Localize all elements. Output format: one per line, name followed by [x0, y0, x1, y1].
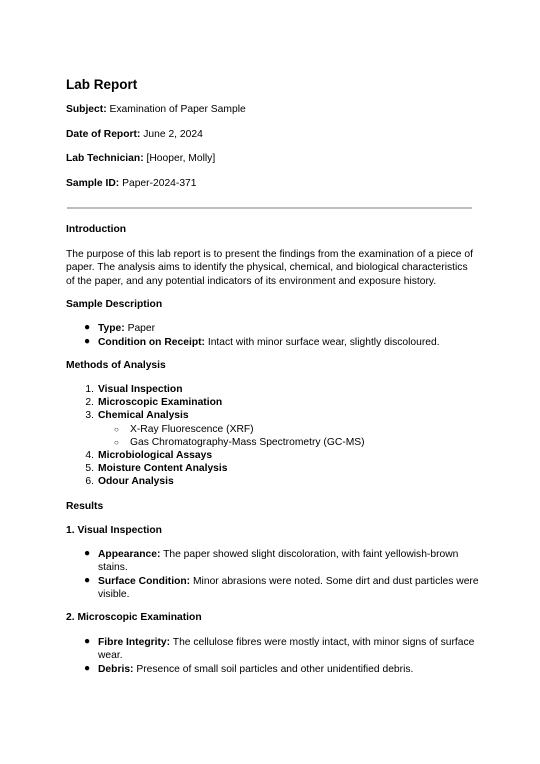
meta-label: Date of Report: — [66, 129, 140, 140]
meta-value: [Hooper, Molly] — [147, 153, 216, 164]
meta-value: Examination of Paper Sample — [110, 104, 246, 115]
meta-sample-id: Sample ID: Paper-2024-371 — [66, 178, 197, 189]
item-value: Paper — [128, 323, 155, 334]
item-label: X-Ray Fluorescence (XRF) — [130, 424, 254, 435]
methods-heading: Methods of Analysis — [66, 360, 166, 371]
item-value: Presence of small soil particles and oth… — [136, 664, 413, 675]
bullet-icon: ● — [84, 636, 90, 647]
item-label: Type: — [98, 323, 125, 334]
item-label: Condition on Receipt: — [98, 337, 205, 348]
meta-subject: Subject: Examination of Paper Sample — [66, 104, 246, 115]
circle-bullet-icon: ○ — [114, 425, 119, 434]
meta-label: Sample ID: — [66, 178, 119, 189]
meta-label: Subject: — [66, 104, 107, 115]
horizontal-rule — [67, 207, 472, 209]
item-number: 4. — [82, 450, 94, 461]
item-number: 6. — [82, 476, 94, 487]
item-number: 2. — [82, 397, 94, 408]
item-number: 3. — [82, 410, 94, 421]
item-value-cont: wear. — [98, 650, 123, 661]
item-number: 5. — [82, 463, 94, 474]
meta-technician: Lab Technician: [Hooper, Molly] — [66, 153, 215, 164]
item-value: The paper showed slight discoloration, w… — [163, 549, 458, 560]
circle-bullet-icon: ○ — [114, 438, 119, 447]
result-section-heading: 2. Microscopic Examination — [66, 612, 202, 623]
item-label: Gas Chromatography-Mass Spectrometry (GC… — [130, 437, 365, 448]
page-title: Lab Report — [66, 77, 137, 92]
introduction-text: The purpose of this lab report is to pre… — [66, 248, 476, 288]
item-value: The cellulose fibres were mostly intact,… — [173, 637, 475, 648]
item-number: 1. — [82, 384, 94, 395]
item-label: Chemical Analysis — [98, 410, 189, 421]
bullet-icon: ● — [84, 548, 90, 559]
meta-date: Date of Report: June 2, 2024 — [66, 129, 203, 140]
item-label: Visual Inspection — [98, 384, 183, 395]
item-label: Fibre Integrity: — [98, 637, 170, 648]
bullet-icon: ● — [84, 663, 90, 674]
item-value: Minor abrasions were noted. Some dirt an… — [193, 576, 479, 587]
results-heading: Results — [66, 501, 103, 512]
item-value-cont: visible. — [98, 589, 129, 600]
item-label: Moisture Content Analysis — [98, 463, 228, 474]
item-value: Intact with minor surface wear, slightly… — [208, 337, 440, 348]
item-value-cont: stains. — [98, 562, 128, 573]
item-label: Surface Condition: — [98, 576, 190, 587]
sample-description-heading: Sample Description — [66, 299, 162, 310]
introduction-heading: Introduction — [66, 224, 126, 235]
item-label: Debris: — [98, 664, 133, 675]
bullet-icon: ● — [84, 575, 90, 586]
item-label: Appearance: — [98, 549, 160, 560]
meta-value: June 2, 2024 — [143, 129, 203, 140]
item-label: Microscopic Examination — [98, 397, 222, 408]
meta-value: Paper-2024-371 — [122, 178, 196, 189]
item-label: Microbiological Assays — [98, 450, 212, 461]
item-label: Odour Analysis — [98, 476, 174, 487]
meta-label: Lab Technician: — [66, 153, 144, 164]
bullet-icon: ● — [84, 322, 90, 333]
result-section-heading: 1. Visual Inspection — [66, 525, 162, 536]
bullet-icon: ● — [84, 336, 90, 347]
